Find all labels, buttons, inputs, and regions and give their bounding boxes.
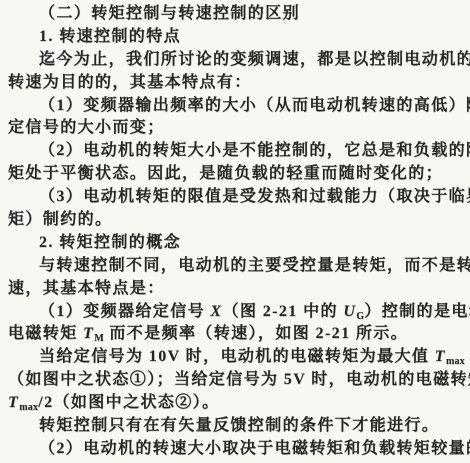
text-run: 而不是频率（转速），如图 2-21 所示。 xyxy=(104,325,408,342)
paragraph-line: （1）变频器输出频率的大小（从而电动机转速的高低）随给 xyxy=(8,95,466,118)
paragraph-line: 转速为目的的，其基本特点有： xyxy=(8,72,466,95)
paragraph-line: （1）变频器给定信号 X（图 2-21 中的 UG）控制的是电动机 xyxy=(8,301,466,324)
text-run: max xyxy=(19,402,38,413)
subsection-heading-1: 1. 转速控制的特点 xyxy=(8,26,466,49)
text-run: U xyxy=(343,303,356,320)
paragraph-line: （如图中之状态①）；当给定信号为 5V 时，电动机的电磁转矩为 xyxy=(8,369,466,392)
section-heading: （二）转矩控制与转速控制的区别 xyxy=(8,3,466,26)
text-run: max xyxy=(446,356,465,367)
paragraph-line: （2）电动机的转矩大小是不能控制的，它总是和负载的阻转 xyxy=(8,140,466,163)
text-run: （图 2-21 中的 xyxy=(223,303,344,320)
paragraph-line: （2）电动机的转速大小取决于电磁转矩和负载转矩较量的结 xyxy=(8,438,466,461)
paragraph-line: 当给定信号为 10V 时，电动机的电磁转矩为最大值 Tmax xyxy=(8,346,466,369)
paragraph-line: 矩）制约的。 xyxy=(8,209,466,232)
text-run: 电磁转矩 xyxy=(8,325,83,342)
text-run: T xyxy=(8,394,19,411)
paragraph-line: 转矩控制只有在有矢量反馈控制的条件下才能进行。 xyxy=(8,415,466,438)
paragraph-line: 电磁转矩 TM 而不是频率（转速），如图 2-21 所示。 xyxy=(8,323,466,346)
paragraph-line: 定信号的大小而变； xyxy=(8,117,466,140)
paragraph-line: 与转速控制不同，电动机的主要受控量是转矩，而不是转 xyxy=(8,255,466,278)
paragraph-line: 迄今为止，我们所讨论的变频调速，都是以控制电动机的 xyxy=(8,49,466,72)
paragraph-line: （3）电动机转矩的限值是受发热和过载能力（取决于临界转 xyxy=(8,186,466,209)
text-run: T xyxy=(83,325,94,342)
text-run: /2（如图中之状态②）。 xyxy=(38,394,219,411)
text-run: X xyxy=(210,303,222,320)
text-run: ）控制的是电动机 xyxy=(364,303,470,320)
text-run: M xyxy=(94,333,104,344)
paragraph-line: 矩处于平衡状态。因此，是随负载的轻重而随时变化的； xyxy=(8,163,466,186)
scanned-page: （二）转矩控制与转速控制的区别 1. 转速控制的特点 迄今为止，我们所讨论的变频… xyxy=(0,0,470,463)
paragraph-line: 速，其基本特点是： xyxy=(8,278,466,301)
paragraph-line: Tmax/2（如图中之状态②）。 xyxy=(8,392,466,415)
text-run: T xyxy=(435,348,446,365)
subsection-heading-2: 2. 转矩控制的概念 xyxy=(8,232,466,255)
text-run: （1）变频器给定信号 xyxy=(39,303,210,320)
text-run: 当给定信号为 10V 时，电动机的电磁转矩为最大值 xyxy=(39,348,435,365)
